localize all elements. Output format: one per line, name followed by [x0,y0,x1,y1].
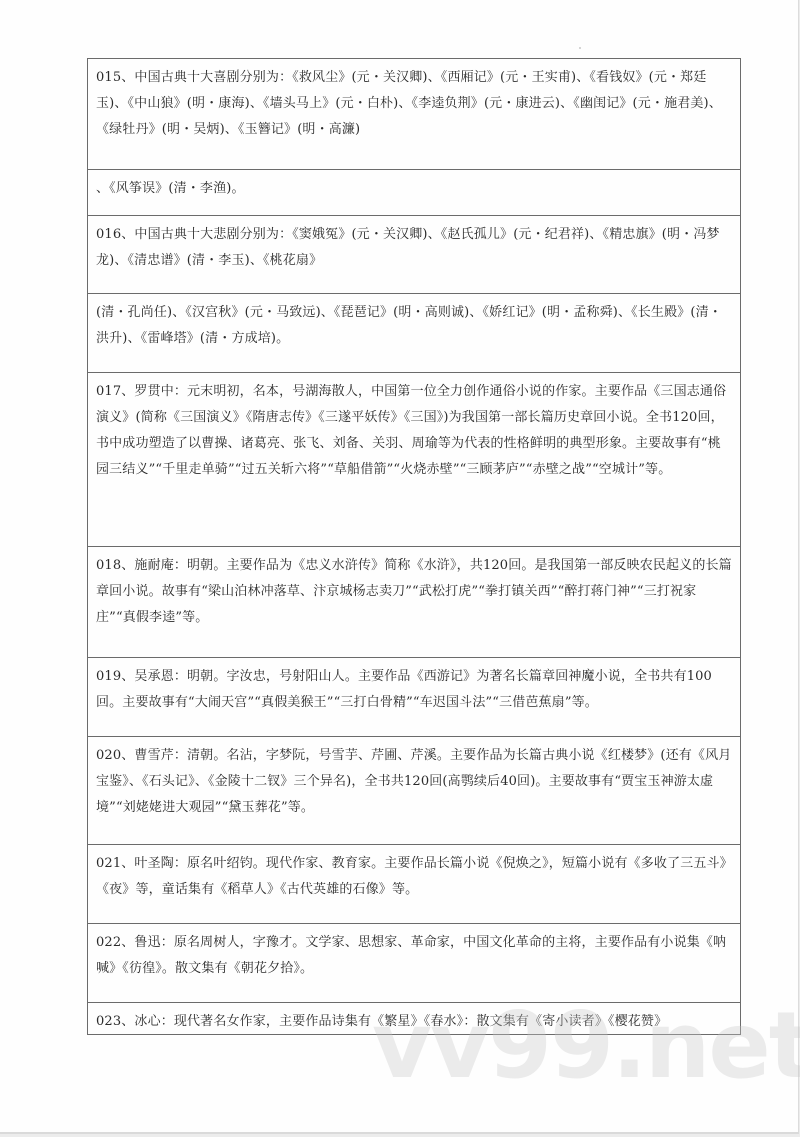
table-row-015: 015、中国古典十大喜剧分别为：《救风尘》(元・关汉卿)、《西厢记》(元・王实甫… [88,59,740,169]
row-text: 017、罗贯中：元末明初，名本，号湖海散人，中国第一位全力创作通俗小说的作家。主… [96,379,732,483]
row-text: (清・孔尚任)、《汉宫秋》(元・马致远)、《琵琶记》(明・高则诚)、《娇红记》(… [96,300,732,352]
row-text: 019、吴承恩：明朝。字汝忠，号射阳山人。主要作品《西游记》为著名长篇章回神魔小… [96,664,732,716]
row-text: 020、曹雪芹：清朝。名沾，字梦阮，号雪芋、芹圃、芹溪。主要作品为长篇古典小说《… [96,743,732,821]
table-row-023: 023、冰心：现代著名女作家，主要作品诗集有《繁星》《春水》：散文集有《寄小读者… [88,1002,740,1034]
literature-notes-table: 015、中国古典十大喜剧分别为：《救风尘》(元・关汉卿)、《西厢记》(元・王实甫… [87,58,741,1035]
table-row-022: 022、鲁迅：原名周树人，字豫才。文学家、思想家、革命家，中国文化革命的主将，主… [88,923,740,1002]
row-text: 021、叶圣陶：原名叶绍钧。现代作家、教育家。主要作品长篇小说《倪焕之》，短篇小… [96,851,732,903]
row-text: 、《风筝误》(清・李渔)。 [96,176,732,202]
row-text: 016、中国古典十大悲剧分别为：《窦娥冤》(元・关汉卿)、《赵氏孤儿》(元・纪君… [96,222,732,274]
table-row-018: 018、施耐庵：明朝。主要作品为《忠义水浒传》简称《水浒》，共120回。是我国第… [88,546,740,657]
speck-mark [579,47,581,49]
table-row-021: 021、叶圣陶：原名叶绍钧。现代作家、教育家。主要作品长篇小说《倪焕之》，短篇小… [88,844,740,923]
table-row-019: 019、吴承恩：明朝。字汝忠，号射阳山人。主要作品《西游记》为著名长篇章回神魔小… [88,657,740,736]
table-row-016: 016、中国古典十大悲剧分别为：《窦娥冤》(元・关汉卿)、《赵氏孤儿》(元・纪君… [88,215,740,293]
document-page: 015、中国古典十大喜剧分别为：《救风尘》(元・关汉卿)、《西厢记》(元・王实甫… [0,0,799,1134]
row-text: 022、鲁迅：原名周树人，字豫才。文学家、思想家、革命家，中国文化革命的主将，主… [96,930,732,982]
row-text: 023、冰心：现代著名女作家，主要作品诗集有《繁星》《春水》：散文集有《寄小读者… [96,1009,732,1034]
table-row-015-continued: 、《风筝误》(清・李渔)。 [88,169,740,215]
row-text: 015、中国古典十大喜剧分别为：《救风尘》(元・关汉卿)、《西厢记》(元・王实甫… [96,65,732,143]
table-row-017: 017、罗贯中：元末明初，名本，号湖海散人，中国第一位全力创作通俗小说的作家。主… [88,372,740,546]
table-row-016-continued: (清・孔尚任)、《汉宫秋》(元・马致远)、《琵琶记》(明・高则诚)、《娇红记》(… [88,293,740,372]
row-text: 018、施耐庵：明朝。主要作品为《忠义水浒传》简称《水浒》，共120回。是我国第… [96,553,732,631]
table-row-020: 020、曹雪芹：清朝。名沾，字梦阮，号雪芋、芹圃、芹溪。主要作品为长篇古典小说《… [88,736,740,844]
